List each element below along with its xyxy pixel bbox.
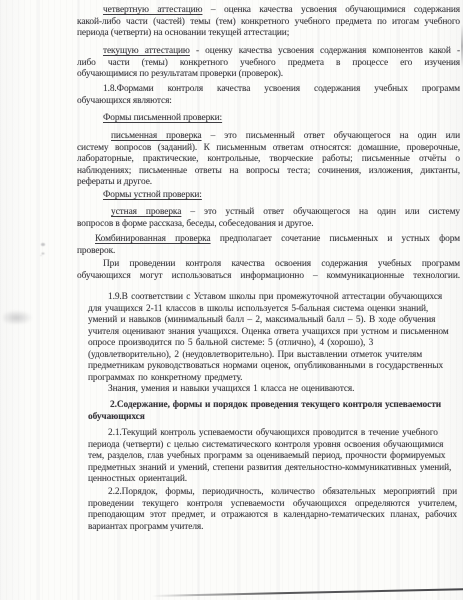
underlined-term: четвертную аттестацию: [103, 5, 202, 15]
text-segment: предметникам руководствоваться нормами о…: [88, 361, 443, 371]
underlined-term: устная проверка: [111, 207, 181, 217]
text-segment: обучающимися по результатам проверки (пр…: [77, 69, 283, 79]
underlined-term: текущую аттестацию: [103, 46, 190, 56]
text-line: проведении текущего контроля успеваемост…: [88, 499, 457, 511]
text-segment: тем, разделов, глав учебных программ за …: [88, 451, 445, 461]
text-line: 1.8.Формами контроля качества усвоения с…: [77, 84, 460, 96]
text-segment: учителя оценивают знания учащихся. Оценк…: [88, 327, 449, 337]
text-line: устная проверка – это устный ответ обуча…: [77, 207, 460, 219]
scanned-page: четвертную аттестацию – оценка качества …: [0, 0, 463, 600]
text-line: письменная проверка – это письменный отв…: [77, 131, 460, 143]
text-line: обучающихся: [88, 412, 456, 424]
underlined-term: Комбинированная проверка: [95, 234, 211, 244]
text-line: программах по конкретному предмету.: [88, 373, 460, 385]
para-first-grade-not-graded: Знания, умения и навыки учащихся 1 класс…: [88, 384, 460, 396]
text-segment: лабораторные, практические, контрольные,…: [77, 154, 460, 164]
text-line: четвертную аттестацию – оценка качества …: [77, 5, 460, 17]
text-segment: опросе производится по 5 бальной системе…: [88, 338, 373, 348]
text-line: проверок.: [77, 246, 460, 258]
para-oral-check: устная проверка – это устный ответ обуча…: [77, 207, 460, 230]
text-line: Знания, умения и навыки учащихся 1 класс…: [88, 384, 460, 396]
text-segment: наблюдениях; письменные ответы на вопрос…: [77, 166, 460, 176]
text-segment: систему вопросов (заданий). К письменным…: [77, 143, 460, 153]
text-line: предметникам руководствоваться нормами о…: [88, 361, 460, 373]
text-segment: обучающихся: [88, 412, 145, 422]
para-current-attestation: текущую аттестацию - оценку качества усв…: [77, 46, 460, 81]
text-line: тем, разделов, глав учебных программ за …: [88, 451, 460, 463]
underlined-term: Формы письменной проверки:: [103, 113, 222, 123]
text-line: 2.1.Текущий контроль успеваемости обучаю…: [88, 428, 460, 440]
text-line: рефераты и другое.: [77, 177, 460, 189]
para-2-1-current-control: 2.1.Текущий контроль успеваемости обучаю…: [88, 428, 460, 486]
text-line: преподающим этот предмет, и отражаются в…: [88, 510, 457, 522]
text-line: лабораторные, практические, контрольные,…: [77, 154, 460, 166]
text-line: предметных знаний и умений, степени разв…: [88, 463, 460, 475]
heading-section-2: 2.Содержание, формы и порядок проведения…: [88, 400, 456, 423]
text-segment: 1.9.В соответствии с Уставом школы при п…: [108, 292, 442, 302]
text-segment: Знания, умения и навыки учащихся 1 класс…: [108, 384, 354, 394]
text-segment: – это устный ответ обучающегося на один …: [181, 207, 460, 217]
text-line: Формы письменной проверки:: [77, 113, 460, 125]
para-written-check: письменная проверка – это письменный отв…: [77, 131, 460, 189]
text-line: 2.2.Порядок, формы, периодичность, колич…: [88, 487, 457, 499]
text-line: При проведении контроля качества освоени…: [77, 259, 460, 271]
text-line: текущую аттестацию - оценку качества усв…: [77, 46, 460, 58]
para-1-9-grading-system: 1.9.В соответствии с Уставом школы при п…: [88, 292, 460, 384]
text-segment: для учащихся 2-11 классов в школы исполь…: [88, 304, 428, 314]
text-segment: программах по конкретному предмету.: [88, 373, 242, 383]
text-line: для учащихся 2-11 классов в школы исполь…: [88, 304, 460, 316]
text-line: вариантах программ учителя.: [88, 522, 457, 534]
heading-written-check-forms: Формы письменной проверки:: [77, 113, 460, 125]
para-ict-technologies: При проведении контроля качества освоени…: [77, 259, 460, 282]
text-segment: – это письменный ответ обучающегося на о…: [202, 131, 460, 141]
text-segment: вопросов в форме рассказа, беседы, собес…: [77, 219, 314, 229]
text-line: ценностных ориентаций.: [88, 474, 460, 486]
text-segment: предполагает сочетание письменных и устн…: [211, 234, 460, 244]
margin-pencil-mark: [41, 243, 45, 246]
text-segment: рефераты и другое.: [77, 177, 152, 187]
text-line: обучающимися по результатам проверки (пр…: [77, 69, 460, 81]
text-segment: – оценка качества усвоения обучающимися …: [202, 5, 460, 15]
text-line: обучающихся являются:: [77, 96, 460, 108]
text-line: вопросов в форме рассказа, беседы, собес…: [77, 219, 460, 231]
text-segment: обучающихся являются:: [77, 96, 172, 106]
para-combined-check: Комбинированная проверка предполагает со…: [77, 234, 460, 257]
text-line: 2.Содержание, формы и порядок проведения…: [88, 400, 456, 412]
underlined-term: Формы устной проверки:: [103, 190, 202, 200]
text-segment: (удовлетворительно), 2 (неудовлетворител…: [88, 350, 422, 360]
text-segment: преподающим этот предмет, и отражаются в…: [88, 510, 457, 520]
text-line: наблюдениях; письменные ответы на вопрос…: [77, 166, 460, 178]
text-line: обучающихся могут использоваться информа…: [77, 271, 460, 283]
heading-oral-check-forms: Формы устной проверки:: [77, 190, 460, 202]
text-segment: 2.2.Порядок, формы, периодичность, колич…: [108, 487, 457, 497]
text-segment: - оценку качества усвоения содержания ко…: [190, 46, 460, 56]
margin-smudge: [3, 310, 33, 324]
text-line: умений и навыков (минимальный балл – 2, …: [88, 315, 460, 327]
text-segment: ценностных ориентаций.: [88, 474, 187, 484]
text-segment: вариантах программ учителя.: [88, 522, 203, 532]
text-line: периода (четверти) на основании текущей …: [77, 28, 460, 40]
text-line: периода (четверти) с целью систематическ…: [88, 440, 460, 452]
text-segment: либо части (темы) конкретного учебного п…: [77, 58, 460, 68]
text-segment: умений и навыков (минимальный балл – 2, …: [88, 315, 435, 325]
text-segment: периода (четверти) на основании текущей …: [77, 28, 289, 38]
text-line: либо части (темы) конкретного учебного п…: [77, 58, 460, 70]
para-2-2-order-forms: 2.2.Порядок, формы, периодичность, колич…: [88, 487, 457, 533]
text-segment: проведении текущего контроля успеваемост…: [88, 499, 457, 509]
text-segment: При проведении контроля качества освоени…: [103, 259, 460, 269]
text-line: систему вопросов (заданий). К письменным…: [77, 143, 460, 155]
text-line: Комбинированная проверка предполагает со…: [77, 234, 460, 246]
text-line: учителя оценивают знания учащихся. Оценк…: [88, 327, 460, 339]
text-line: опросе производится по 5 бальной системе…: [88, 338, 460, 350]
text-segment: 1.8.Формами контроля качества усвоения с…: [103, 84, 460, 94]
text-line: Формы устной проверки:: [77, 190, 460, 202]
text-segment: предметных знаний и умений, степени разв…: [88, 463, 451, 473]
text-segment: 2.1.Текущий контроль успеваемости обучаю…: [108, 428, 438, 438]
text-line: 1.9.В соответствии с Уставом школы при п…: [88, 292, 460, 304]
text-segment: периода (четверти) с целью систематическ…: [88, 440, 443, 450]
text-line: (удовлетворительно), 2 (неудовлетворител…: [88, 350, 460, 362]
text-segment: какой-либо части (частей) темы (тем) кон…: [77, 17, 460, 27]
para-1-8-forms-of-control: 1.8.Формами контроля качества усвоения с…: [77, 84, 460, 107]
text-line: какой-либо части (частей) темы (тем) кон…: [77, 17, 460, 29]
text-segment: 2.Содержание, формы и порядок проведения…: [110, 400, 441, 410]
underlined-term: письменная проверка: [111, 131, 202, 141]
para-quarter-attestation: четвертную аттестацию – оценка качества …: [77, 5, 460, 40]
text-segment: обучающихся могут использоваться информа…: [77, 271, 460, 281]
text-segment: проверок.: [77, 246, 115, 256]
